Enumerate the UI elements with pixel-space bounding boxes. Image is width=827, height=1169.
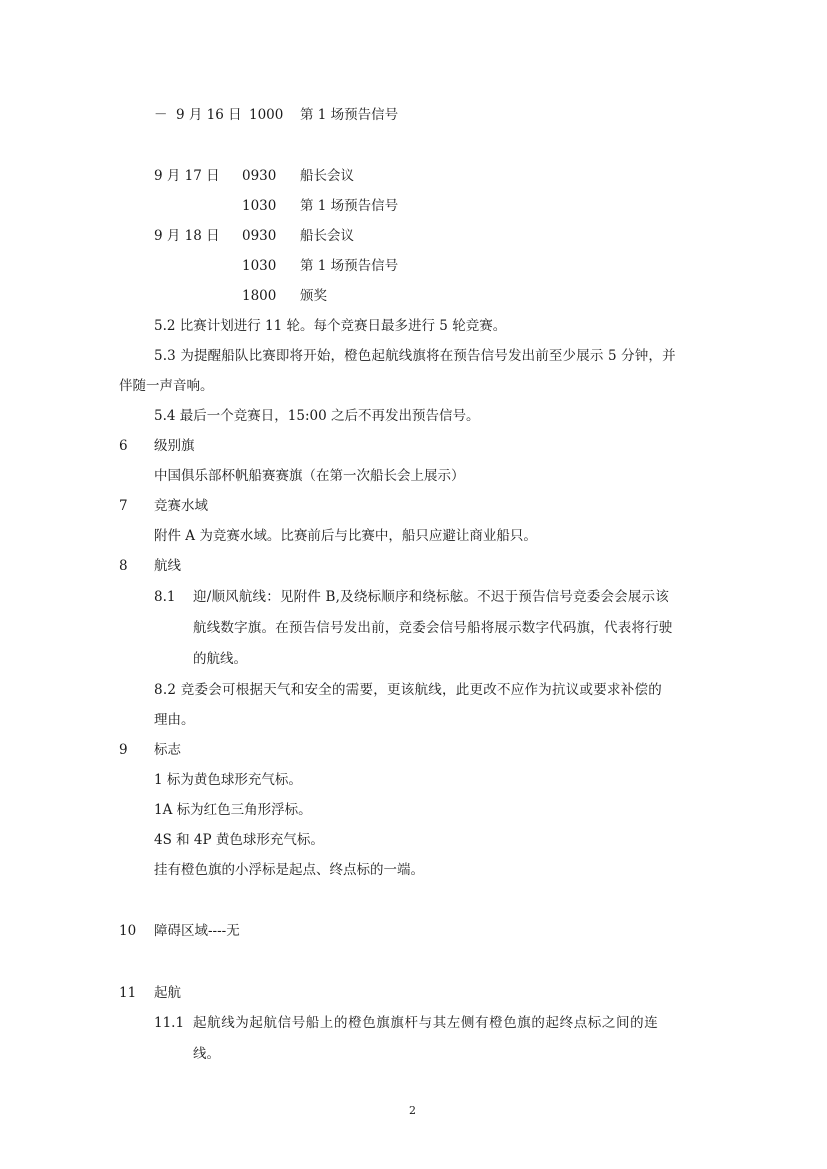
clause-11-1: 起航线为起航信号船上的橙色旗旗杆与其左侧有橙色旗的起终点标之间的连: [193, 1015, 658, 1031]
section-body: 附件 A 为竞赛水域。比赛前后与比赛中，船只应避让商业船只。: [154, 528, 537, 544]
schedule-dash: －: [154, 107, 168, 123]
clause-number: 8.1: [154, 589, 175, 605]
clause-5-3-cont: 伴随一声音响。: [119, 378, 214, 394]
schedule-time: 1030: [242, 258, 276, 274]
schedule-time: 1030: [242, 198, 276, 214]
schedule-event: 第 1 场预告信号: [300, 107, 398, 123]
schedule-event: 船长会议: [300, 228, 354, 244]
clause-5-3: 5.3 为提醒船队比赛即将开始，橙色起航线旗将在预告信号发出前至少展示 5 分钟…: [154, 348, 676, 364]
schedule-time: 1800: [242, 288, 276, 304]
mark-item: 1 标为黄色球形充气标。: [154, 772, 302, 788]
section-number: 11: [119, 985, 136, 1001]
schedule-event: 颁奖: [300, 288, 327, 304]
schedule-time: 1000: [249, 107, 283, 123]
section-body: 中国俱乐部杯帆船赛赛旗（在第一次船长会上展示）: [154, 468, 465, 484]
page-number: 2: [409, 1104, 416, 1117]
section-title: 竞赛水域: [154, 498, 208, 514]
section-number: 9: [119, 742, 128, 758]
section-number: 8: [119, 558, 128, 574]
clause-number: 11.1: [154, 1015, 184, 1031]
mark-item: 4S 和 4P 黄色球形充气标。: [154, 832, 324, 848]
schedule-date: 9 月 16 日: [176, 107, 242, 123]
clause-8-2: 8.2 竞委会可根据天气和安全的需要，更该航线，此更改不应作为抗议或要求补偿的: [154, 682, 662, 698]
schedule-date: 9 月 18 日: [154, 228, 220, 244]
schedule-event: 船长会议: [300, 168, 354, 184]
clause-8-1: 迎/顺风航线：见附件 B,及绕标顺序和绕标舷。不迟于预告信号竞委会会展示该: [193, 589, 669, 605]
section-title: 标志: [154, 742, 181, 758]
clause-5-4: 5.4 最后一个竞赛日，15:00 之后不再发出预告信号。: [154, 408, 479, 424]
mark-item: 挂有橙色旗的小浮标是起点、终点标的一端。: [154, 862, 424, 878]
section-number: 10: [119, 923, 136, 939]
schedule-time: 0930: [242, 168, 276, 184]
clause-8-1-cont: 航线数字旗。在预告信号发出前，竞委会信号船将展示数字代码旗，代表将行驶: [193, 620, 673, 636]
section-title: 航线: [154, 558, 181, 574]
clause-5-2: 5.2 比赛计划进行 11 轮。每个竞赛日最多进行 5 轮竞赛。: [154, 318, 506, 334]
section-title: 级别旗: [154, 438, 195, 454]
schedule-event: 第 1 场预告信号: [300, 258, 398, 274]
clause-11-1-cont: 线。: [193, 1046, 220, 1062]
schedule-event: 第 1 场预告信号: [300, 198, 398, 214]
section-number: 7: [119, 498, 128, 514]
section-title: 障碍区域----无: [154, 923, 240, 939]
section-number: 6: [119, 438, 128, 454]
mark-item: 1A 标为红色三角形浮标。: [154, 802, 312, 818]
section-title: 起航: [154, 985, 181, 1001]
schedule-time: 0930: [242, 228, 276, 244]
schedule-date: 9 月 17 日: [154, 168, 220, 184]
clause-8-1-cont: 的航线。: [193, 651, 247, 667]
clause-8-2-cont: 理由。: [154, 712, 195, 728]
